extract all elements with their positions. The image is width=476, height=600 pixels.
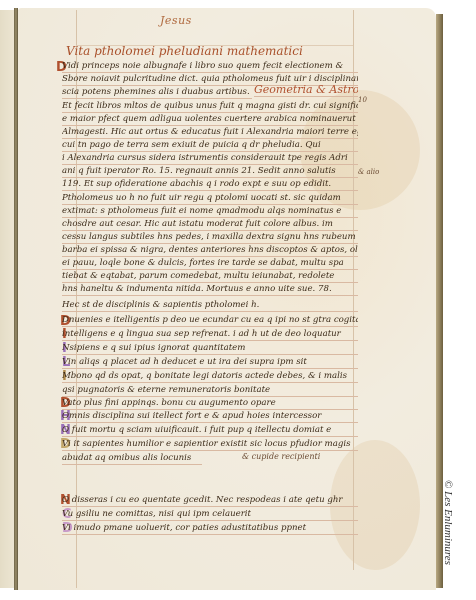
- text-line: Hec st de disciplinis & sapientis ptholo…: [62, 299, 358, 312]
- text-line: Mbono qd ds opat, q bonitate legi datori…: [62, 370, 358, 383]
- copyright-notice: © Les Enluminures: [442, 480, 454, 565]
- text-line: ei pauu, loqle bone & dulcis, fortes ire…: [62, 257, 358, 270]
- text-line: tiebat & eqtabat, parum comedebat, multu…: [62, 270, 358, 283]
- margin-note: 10: [358, 96, 367, 104]
- text-line: O fuit mortu q sciam uiuificauit. i fuit…: [62, 424, 358, 437]
- text-line: Vidi princeps noie albugnafe i libro suo…: [62, 60, 358, 73]
- margin-note: & alio: [358, 168, 379, 176]
- text-line: Et fecit libros mltos de quibus unus fui…: [62, 100, 358, 113]
- text-line: Almagesti. Hic aut ortus & educatus fuit…: [62, 126, 358, 139]
- text-line: Vi it sapientes humilior e sapientior ex…: [62, 438, 358, 451]
- text-line: Vin aliqs q placet ad h deducet e ut ira…: [62, 356, 358, 369]
- header-invocation: Jesus: [160, 14, 192, 27]
- text-line: qsi pugnatoris & eterne remuneratoris bo…: [62, 384, 358, 397]
- text-line: e maior pfect quem adligua uolentes cuer…: [62, 113, 358, 126]
- text-line: Vi imudo pmane uoluerit, cor paties adus…: [62, 522, 358, 535]
- text-line: barba ei spissa & nigra, dentes anterior…: [62, 244, 358, 257]
- text-line: extimat: s ptholomeus fuit ei nome qmadm…: [62, 205, 358, 218]
- text-line: O disseras i cu eo quentate gcedit. Nec …: [62, 494, 358, 507]
- text-line: hns haneltu & indumenta nitida. Mortuus …: [62, 283, 358, 296]
- text-line: Omnis disciplina sui itellect fort e & a…: [62, 410, 358, 423]
- text-line: cui tn pago de terra sem exiuit de puici…: [62, 139, 358, 152]
- rubric-heading: Geometria & Astrol.: [254, 84, 358, 97]
- text-line: Dnuenies e itelligentis p deo ue ecundar…: [62, 314, 358, 327]
- text-line: abudat aq omibus alis locunis: [62, 452, 202, 465]
- text-line: 119. Et sup ofideratione abachis q i rod…: [62, 178, 358, 191]
- margin-note: & cupide recipienti: [242, 452, 320, 461]
- text-line: Vu gsiliu ne comittas, nisi qui ipm cela…: [62, 508, 358, 521]
- text-line: Ptholomeus uo h no fuit uir regu q ptolo…: [62, 192, 358, 205]
- text-line: chosdre aut cesar. Hic aut istatu modera…: [62, 218, 358, 231]
- text-line: i Alexandria cursus sidera istrumentis c…: [62, 152, 358, 165]
- text-line: scia potens phemines alis i duabus artib…: [62, 86, 252, 99]
- text-line: Nsipiens e q sui ipius ignorat quantitat…: [62, 342, 358, 355]
- text-line: Vato plus fini appinqs. bonu cu augument…: [62, 397, 358, 410]
- text-line: intelligens e q lingua sua sep refrenat.…: [62, 328, 358, 341]
- text-line: ani q fuit iperator Ro. 15. regnauit ann…: [62, 165, 358, 178]
- manuscript-title: Vita ptholomei pheludiani mathematici: [66, 44, 303, 58]
- text-line: cessu langus subtiles hns pedes, i maxil…: [62, 231, 358, 244]
